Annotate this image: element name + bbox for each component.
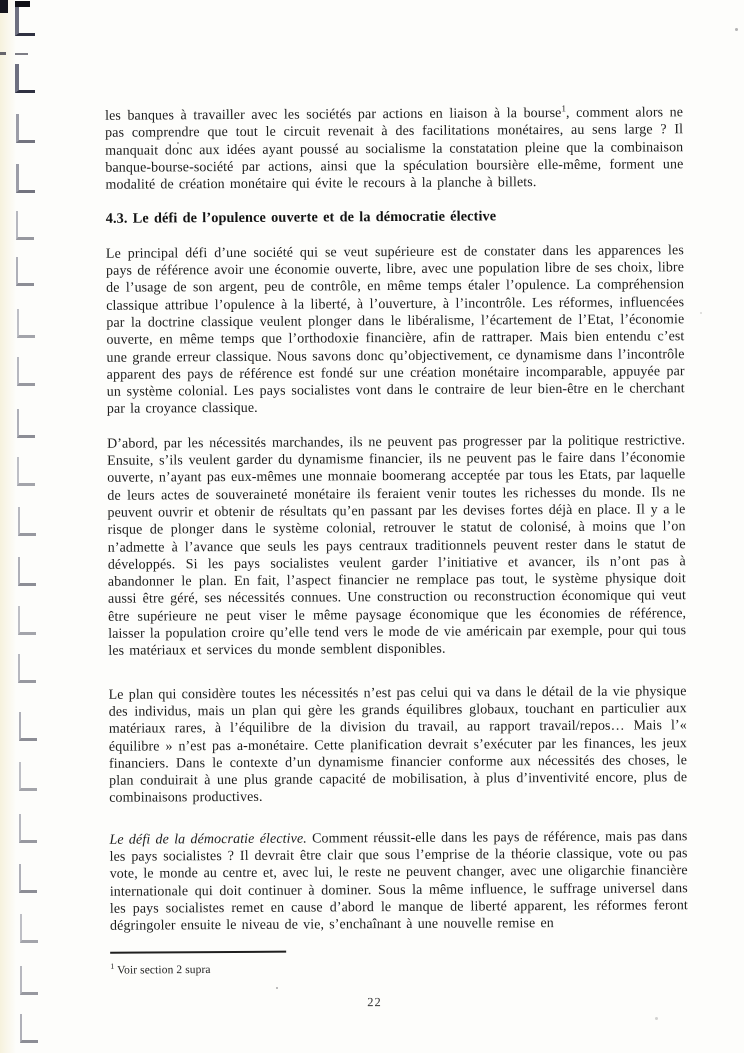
paragraph: Le principal défi d’une société qui se v… [106,242,685,418]
paragraph: D’abord, par les nécessités marchandes, … [107,432,686,660]
binding-mark [17,309,35,338]
scanner-edge-artifact [15,53,28,55]
scan-speck [655,1017,658,1020]
page-number: 22 [85,993,663,1014]
scanner-edge-artifact [0,0,8,13]
footnote: 1 Voir section 2 supra [110,957,688,978]
binding-mark [17,409,35,438]
paragraph: Le plan qui considère toutes les nécessi… [109,683,688,808]
binding-mark [16,211,34,240]
binding-mark [19,712,37,741]
footnote-text: Voir section 2 supra [117,964,211,977]
binding-mark [17,357,35,386]
page-edge-shadow [0,0,16,1053]
binding-mark [20,914,38,943]
footnote-marker: 1 [110,962,114,971]
binding-mark [19,814,37,843]
binding-mark [18,507,36,536]
paragraph: Le défi de la démocratie élective. Comme… [109,828,688,935]
binding-mark [17,457,35,486]
binding-mark [15,7,35,36]
binding-mark [19,762,37,791]
binding-mark [18,606,36,635]
section-heading: 4.3. Le défi de l’opulence ouverte et de… [106,208,684,229]
scan-speck [735,28,738,31]
paragraph-lead-italic: Le défi de la démocratie élective. [109,831,306,847]
binding-mark [20,966,38,995]
binding-mark [16,257,34,286]
footnote-separator [110,951,286,954]
binding-mark [16,114,35,143]
binding-mark [15,64,35,93]
scanner-edge-artifact [0,52,6,55]
binding-mark [19,864,37,893]
scanner-edge-artifact [15,1,30,7]
binding-mark [18,557,36,586]
page-body: les banques à travailler avec les sociét… [105,104,689,1013]
binding-mark [18,654,36,683]
binding-mark [20,1014,38,1043]
scanned-page: les banques à travailler avec les sociét… [0,0,744,1053]
paragraph-text: les banques à travailler avec les sociét… [105,106,562,124]
binding-mark [16,164,35,193]
scan-speck [700,312,702,314]
paragraph: les banques à travailler avec les sociét… [105,104,684,194]
